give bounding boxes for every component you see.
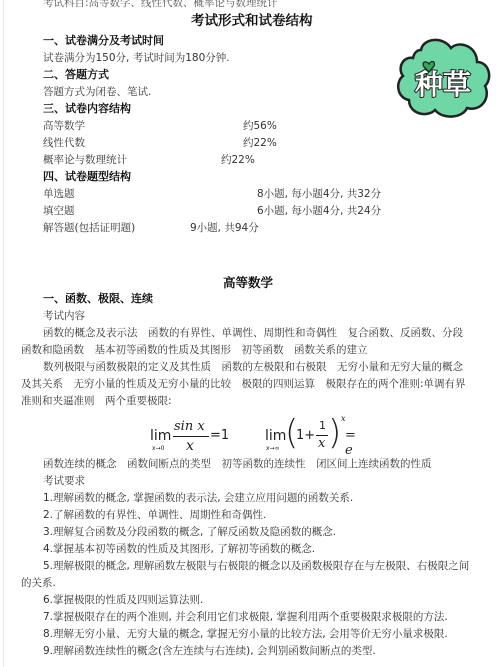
content-line: 及其关系 无穷小量的性质及无穷小量的比较 极限的四则运算 极限存在的两个准则:单… [21,377,466,391]
section-heading: 二、答题方式 [43,68,109,82]
section-body: 试卷满分为150分, 考试时间为180分钟. [43,51,230,65]
question-type: 填空题 [43,204,75,218]
subject-label: 线性代数 [43,136,85,150]
subject-share: 约56% [243,119,277,133]
subject-share: 约22% [243,136,277,150]
requirement-item: 1.理解函数的概念, 掌握函数的表示法, 会建立应用问题的函数关系. [43,491,353,505]
section-heading: 四、试卷题型结构 [43,170,131,184]
formula-sinx-limit: lim x→0 sin x x =1 [150,418,230,458]
page-edge [3,0,4,667]
content-line: 函数的概念及表示法 函数的有界性、单调性、周期性和奇偶性 复合函数、反函数、分段 [43,326,463,340]
content-line: 准则和夹逼准则 两个重要极限: [21,394,172,408]
section-heading: 一、试卷满分及考试时间 [43,34,164,48]
section-title: 高等数学 [223,276,273,290]
requirement-item: 4.掌握基本初等函数的性质及其图形, 了解初等函数的概念. [43,542,315,556]
question-detail: 9小题, 共94分 [190,221,259,235]
subject-label: 高等数学 [43,119,85,133]
sticker-text: 种草 [415,68,471,101]
content-line: 数列极限与函数极限的定义及其性质 函数的左极限和右极限 无穷小量和无穷大量的概念 [43,360,463,374]
content-line: 函数连续的概念 函数间断点的类型 初等函数的连续性 闭区间上连续函数的性质 [43,457,432,471]
requirement-item: 9.理解函数连续性的概念(含左连续与右连续), 会判别函数间断点的类型. [43,644,376,658]
cloud-shape-icon: 种草 [393,28,493,122]
formula-e-limit: lim x→∞ ( 1+ 1 x ) x = e [265,414,365,458]
chapter-heading: 一、函数、极限、连续 [43,292,153,306]
document-page: 考试科目:高等数学、线性代数、概率论与数理统计 考试形式和试卷结构 一、试卷满分… [0,0,500,667]
question-detail: 6小题, 每小题4分, 共24分 [257,204,381,218]
subject-label: 概率论与数理统计 [43,153,127,167]
content-label: 考试内容 [43,309,85,323]
requirement-item: 2.了解函数的有界性、单调性、周期性和奇偶性. [43,508,266,522]
requirement-item: 6.掌握极限的性质及四则运算法则. [43,593,203,607]
page-title: 考试形式和试卷结构 [191,14,313,28]
question-type: 解答题(包括证明题) [43,221,135,235]
content-line: 函数和隐函数 基本初等函数的性质及其图形 初等函数 函数关系的建立 [21,343,368,357]
requirement-item: 7.掌握极限存在的两个准则, 并会利用它们求极限, 掌握利用两个重要极限求极限的… [43,610,448,624]
question-detail: 8小题, 每小题4分, 共32分 [257,187,381,201]
requirements-label: 考试要求 [43,474,85,488]
requirement-item: 的关系. [21,576,56,590]
requirement-item: 8.理解无穷小量、无穷大量的概念, 掌握无穷小量的比较方法, 会用等价无穷小量求… [43,627,448,641]
requirement-item: 5.理解极限的概念, 理解函数左极限与右极限的概念以及函数极限存在与左极限、右极… [43,559,469,573]
subject-share: 约22% [221,153,255,167]
question-type: 单选题 [43,187,75,201]
subjects-line: 考试科目:高等数学、线性代数、概率论与数理统计 [43,0,278,10]
section-heading: 三、试卷内容结构 [43,102,131,116]
sticker-badge: 种草 [393,28,493,122]
requirement-item: 3.理解复合函数及分段函数的概念, 了解反函数及隐函数的概念. [43,525,336,539]
section-body: 答题方式为闭卷、笔试. [43,85,151,99]
